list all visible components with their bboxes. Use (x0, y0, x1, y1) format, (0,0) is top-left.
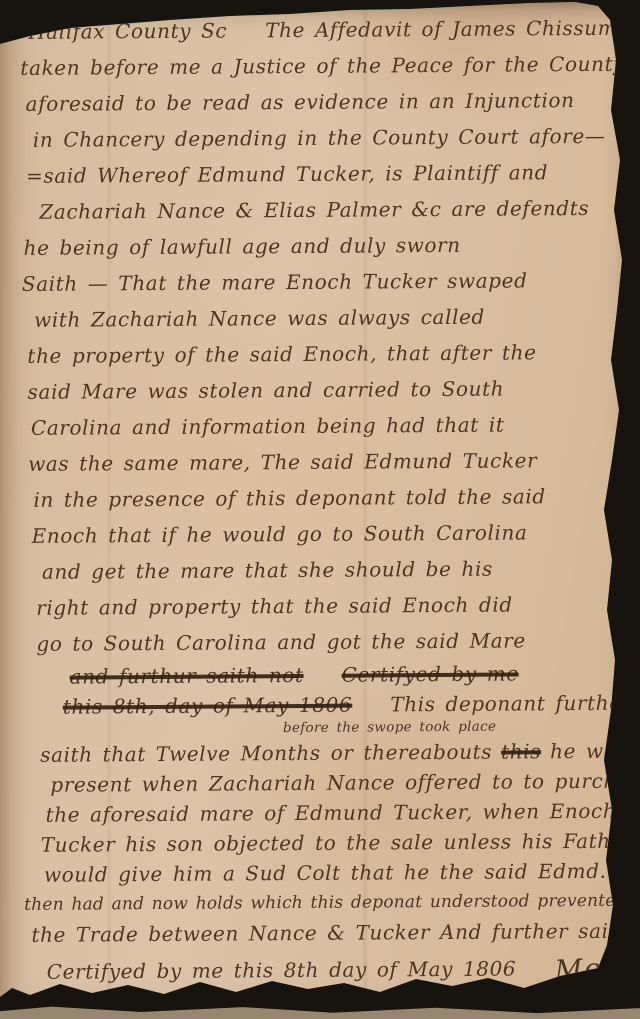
interlined-insertion: before the swope took place (283, 718, 627, 738)
text-segment: Zachariah Nance & Elias Palmer &c are de… (39, 196, 589, 224)
manuscript-line: aforesaid to be read as evidence in an I… (26, 82, 623, 122)
text-segment: the aforesaid mare of Edmund Tucker, whe… (46, 799, 617, 827)
manuscript-line: Saith — That the mare Enoch Tucker swape… (22, 262, 624, 302)
manuscript-line: Zachariah Nance & Elias Palmer &c are de… (39, 190, 623, 230)
text-segment: with Zachariah Nance was always called (34, 305, 485, 332)
manuscript-line: present when Zachariah Nance offered to … (50, 766, 627, 800)
text-segment: the property of the said Enoch, that aft… (27, 340, 536, 368)
struck-text: this (501, 739, 541, 763)
struck-text: this 8th, day of May 1806 (63, 693, 353, 719)
text-segment: in Chancery depending in the County Cour… (33, 124, 606, 152)
manuscript-line: and get the mare that she should be his (42, 550, 626, 590)
text-segment: The Affedavit of James Chissum (265, 16, 617, 42)
text-segment: he was (550, 739, 627, 764)
text-segment: would give him a Sud Colt that he the sa… (44, 859, 607, 887)
manuscript-line: taken before me a Justice of the Peace f… (20, 46, 622, 86)
text-segment: taken before me a Justice of the Peace f… (20, 52, 625, 80)
text-segment: the Trade between Nance & Tucker And fur… (31, 918, 640, 946)
text-segment: Carolina and information being had that … (31, 413, 505, 440)
text-segment: and get the mare that she should be his (42, 557, 493, 584)
manuscript-line: Tucker his son objected to the sale unle… (41, 826, 628, 860)
text-segment: Certifyed by me this 8th day of May 1806 (47, 956, 517, 983)
text-segment: he being of lawfull age and duly sworn (24, 233, 461, 260)
text-segment: Enoch that if he would go to South Carol… (32, 520, 528, 547)
manuscript-line: the property of the said Enoch, that aft… (27, 334, 624, 374)
text-segment: said Mare was stolen and carried to Sout… (28, 377, 505, 404)
manuscript-line: in Chancery depending in the County Cour… (33, 118, 623, 158)
manuscript-line: said Mare was stolen and carried to Sout… (28, 370, 625, 410)
manuscript-line: Certifyed by me this 8th day of May 1806… (47, 946, 629, 992)
text-segment: aforesaid to be read as evidence in an I… (26, 88, 575, 116)
manuscript-line: right and property that the said Enoch d… (36, 586, 626, 626)
text-segment: This deponant further (390, 691, 632, 717)
struck-text: and furthur saith not (70, 663, 304, 689)
manuscript-line: Halifax County ScThe Affedavit of James … (28, 10, 622, 50)
text-segment: saith that Twelve Months or thereabouts (40, 740, 492, 767)
text-segment: then had and now holds which this depona… (24, 891, 627, 915)
underlying-document-edge (0, 1005, 640, 1019)
manuscript-paper: Halifax County ScThe Affedavit of James … (0, 0, 640, 1019)
manuscript-line: =said Whereof Edmund Tucker, is Plaintif… (26, 154, 623, 194)
manuscript-line: would give him a Sud Colt that he the sa… (44, 856, 628, 890)
manuscript-line: the aforesaid mare of Edmund Tucker, whe… (45, 796, 627, 830)
manuscript-line: in the presence of this deponant told th… (33, 478, 625, 518)
text-segment: present when Zachariah Nance offered to … (50, 769, 640, 797)
manuscript-line: with Zachariah Nance was always called (34, 298, 624, 338)
manuscript-line: and furthur saith notCertifyed by me (70, 658, 627, 692)
text-segment: Tucker his son objected to the sale unle… (41, 829, 634, 857)
text-segment: Halifax County Sc (28, 18, 227, 43)
manuscript-line: then had and now holds which this depona… (24, 886, 628, 920)
text-segment: was the same mare, The said Edmund Tucke… (28, 448, 537, 476)
text-segment: =said Whereof Edmund Tucker, is Plaintif… (26, 160, 548, 188)
struck-text: Certifyed by me (341, 661, 518, 686)
manuscript-line: he being of lawfull age and duly sworn (24, 226, 624, 266)
manuscript-line: this 8th, day of May 1806This deponant f… (63, 688, 627, 722)
manuscript-line: saith that Twelve Months or thereaboutst… (40, 736, 627, 770)
signature: Mch. Spragins (553, 941, 640, 993)
text-segment: Saith — That the mare Enoch Tucker swape… (22, 268, 528, 296)
manuscript-line: Carolina and information being had that … (31, 406, 625, 446)
text-segment: go to South Carolina and got the said Ma… (36, 628, 526, 655)
text-segment: before the swope took place (283, 719, 496, 736)
manuscript-text: Halifax County ScThe Affedavit of James … (10, 10, 629, 992)
manuscript-line: go to South Carolina and got the said Ma… (36, 622, 626, 662)
manuscript-line: was the same mare, The said Edmund Tucke… (28, 442, 625, 482)
text-segment: in the presence of this deponant told th… (33, 484, 546, 512)
manuscript-line: Enoch that if he would go to South Carol… (32, 514, 626, 554)
text-segment: right and property that the said Enoch d… (36, 593, 513, 620)
manuscript-line: the Trade between Nance & Tucker And fur… (31, 916, 628, 950)
photo-background: Halifax County ScThe Affedavit of James … (0, 0, 640, 1019)
